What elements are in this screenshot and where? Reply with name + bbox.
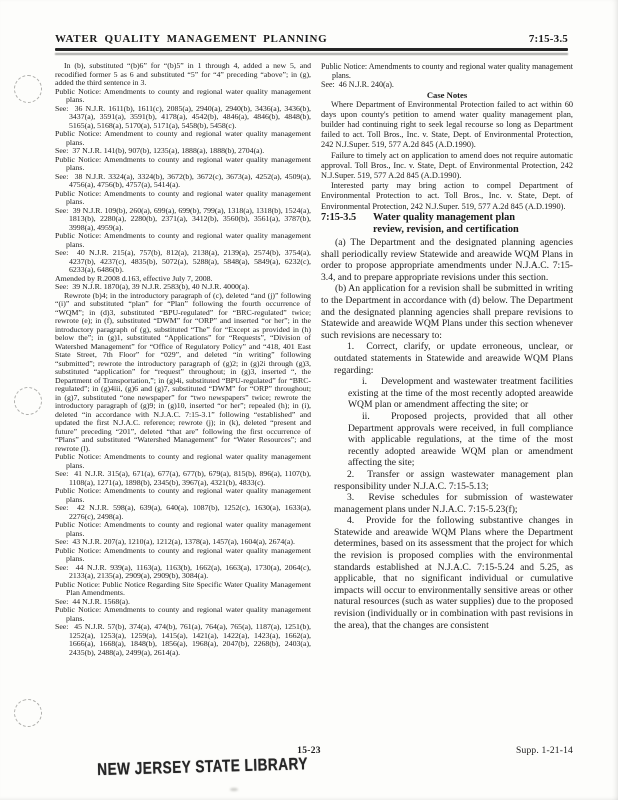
body-paragraph: (b) An application for a revision shall … <box>321 283 573 341</box>
section-heading-paragraph: 7:15-3.5Water quality management plan re… <box>321 212 573 237</box>
notice-paragraph: Public Notice: Amendments to county and … <box>321 62 573 80</box>
header-rule-shadow <box>55 53 568 55</box>
see-paragraph: See: 46 N.J.R. 240(a). <box>321 80 573 89</box>
notice-paragraph: Public Notice: Amendment to county and r… <box>55 130 311 147</box>
see-paragraph: See: 45 N.J.R. 57(b), 374(a), 474(b), 76… <box>55 623 311 657</box>
item2-paragraph: i. Development and wastewater treatment … <box>321 376 573 411</box>
notice-paragraph: Public Notice: Public Notice Regarding S… <box>55 581 311 598</box>
left-column: In (b), substituted “(b)6” for “(b)5” in… <box>55 62 311 730</box>
casenote-paragraph: Interested party may bring action to com… <box>321 181 573 212</box>
notice-paragraph: Public Notice: Amendments to county and … <box>55 190 311 207</box>
see-paragraph: See: 42 N.J.R. 598(a), 639(a), 640(a), 1… <box>55 504 311 521</box>
casenote-paragraph: Where Department of Environmental Protec… <box>321 100 573 151</box>
see-paragraph: See: 39 N.J.R. 109(b), 260(a), 699(a), 6… <box>55 207 311 233</box>
see-paragraph: See: 38 N.J.R. 3324(a), 3324(b), 3672(b)… <box>55 173 311 190</box>
item1-paragraph: 2. Transfer or assign wastewater managem… <box>321 469 573 492</box>
document-page: WATER QUALITY MANAGEMENT PLANNING 7:15-3… <box>0 0 618 800</box>
text-columns: In (b), substituted “(b)6” for “(b)5” in… <box>55 62 573 730</box>
header-rule <box>55 48 568 51</box>
notice-paragraph: Public Notice: Amendments to county and … <box>55 453 311 470</box>
see-paragraph: See: 41 N.J.R. 315(a), 671(a), 677(a), 6… <box>55 470 311 487</box>
header-title: WATER QUALITY MANAGEMENT PLANNING <box>55 33 327 45</box>
section-title: Water quality management plan review, re… <box>373 212 573 237</box>
see-paragraph: See: 44 N.J.R. 939(a), 1163(a), 1163(b),… <box>55 564 311 581</box>
hole-punch <box>10 695 46 731</box>
right-column: Public Notice: Amendments to county and … <box>321 62 573 730</box>
case-heading-paragraph: Case Notes <box>321 90 573 100</box>
notice-paragraph: Public Notice: Amendments to county and … <box>55 156 311 173</box>
notice-paragraph: Public Notice: Amendments to county and … <box>55 88 311 105</box>
section-number: 7:15-3.5 <box>321 212 373 237</box>
notice-paragraph: Public Notice: Amendments to county and … <box>55 487 311 504</box>
history-paragraph: Rewrote (b)4; in the introductory paragr… <box>55 292 311 454</box>
casenote-paragraph: Failure to timely act on application to … <box>321 151 573 182</box>
scan-smudge <box>230 788 238 791</box>
hole-punch <box>14 75 42 103</box>
notice-paragraph: Public Notice: Amendments to county and … <box>55 521 311 538</box>
item1-paragraph: 1. Correct, clarify, or update erroneous… <box>321 341 573 376</box>
history-paragraph: In (b), substituted “(b)6” for “(b)5” in… <box>55 62 311 88</box>
notice-paragraph: Public Notice: Amendments to county and … <box>55 232 311 249</box>
item2-paragraph: ii. Proposed projects, provided that all… <box>321 411 573 469</box>
notice-paragraph: Public Notice: Amendments to county and … <box>55 606 311 623</box>
see-paragraph: See: 36 N.J.R. 1611(b), 1611(c), 2085(a)… <box>55 105 311 131</box>
item1-paragraph: 4. Provide for the following substantive… <box>321 515 573 631</box>
item1-paragraph: 3. Revise schedules for submission of wa… <box>321 492 573 515</box>
see-paragraph: See: 40 N.J.R. 215(a), 757(b), 812(a), 2… <box>55 249 311 275</box>
notice-paragraph: Public Notice: Amendments to county and … <box>55 547 311 564</box>
body-paragraph: (a) The Department and the designated pl… <box>321 237 573 283</box>
supplement-date: Supp. 1-21-14 <box>516 746 573 756</box>
page-footer: 15-23 Supp. 1-21-14 <box>0 746 618 766</box>
hole-punch <box>9 382 47 420</box>
page-header: WATER QUALITY MANAGEMENT PLANNING 7:15-3… <box>55 33 568 55</box>
header-section-number: 7:15-3.5 <box>529 33 568 45</box>
